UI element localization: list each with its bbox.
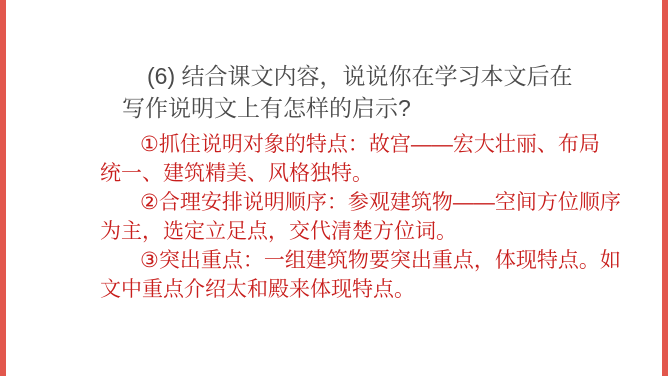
right-edge-bar (662, 0, 668, 376)
point-1-line-1: ①抓住说明对象的特点：故宫——宏大壮丽、布局 (100, 130, 600, 159)
slide-title: (6) 结合课文内容，说说你在学习本文后在 写作说明文上有怎样的启示? (122, 60, 602, 124)
left-edge-bar (0, 0, 6, 376)
point-3-line-1: ③突出重点：一组建筑物要突出重点，体现特点。如 (100, 246, 600, 275)
title-line-1: (6) 结合课文内容，说说你在学习本文后在 (122, 60, 602, 92)
point-1-line-2: 统一、建筑精美、风格独特。 (100, 159, 600, 188)
point-3-line-2: 文中重点介绍太和殿来体现特点。 (100, 275, 600, 304)
slide-body: ①抓住说明对象的特点：故宫——宏大壮丽、布局 统一、建筑精美、风格独特。 ②合理… (100, 130, 600, 304)
presentation-slide: (6) 结合课文内容，说说你在学习本文后在 写作说明文上有怎样的启示? ①抓住说… (0, 0, 668, 376)
point-2-line-2: 为主，选定立足点，交代清楚方位词。 (100, 217, 600, 246)
title-line-2: 写作说明文上有怎样的启示? (122, 92, 602, 124)
point-2-line-1: ②合理安排说明顺序：参观建筑物——空间方位顺序 (100, 188, 600, 217)
